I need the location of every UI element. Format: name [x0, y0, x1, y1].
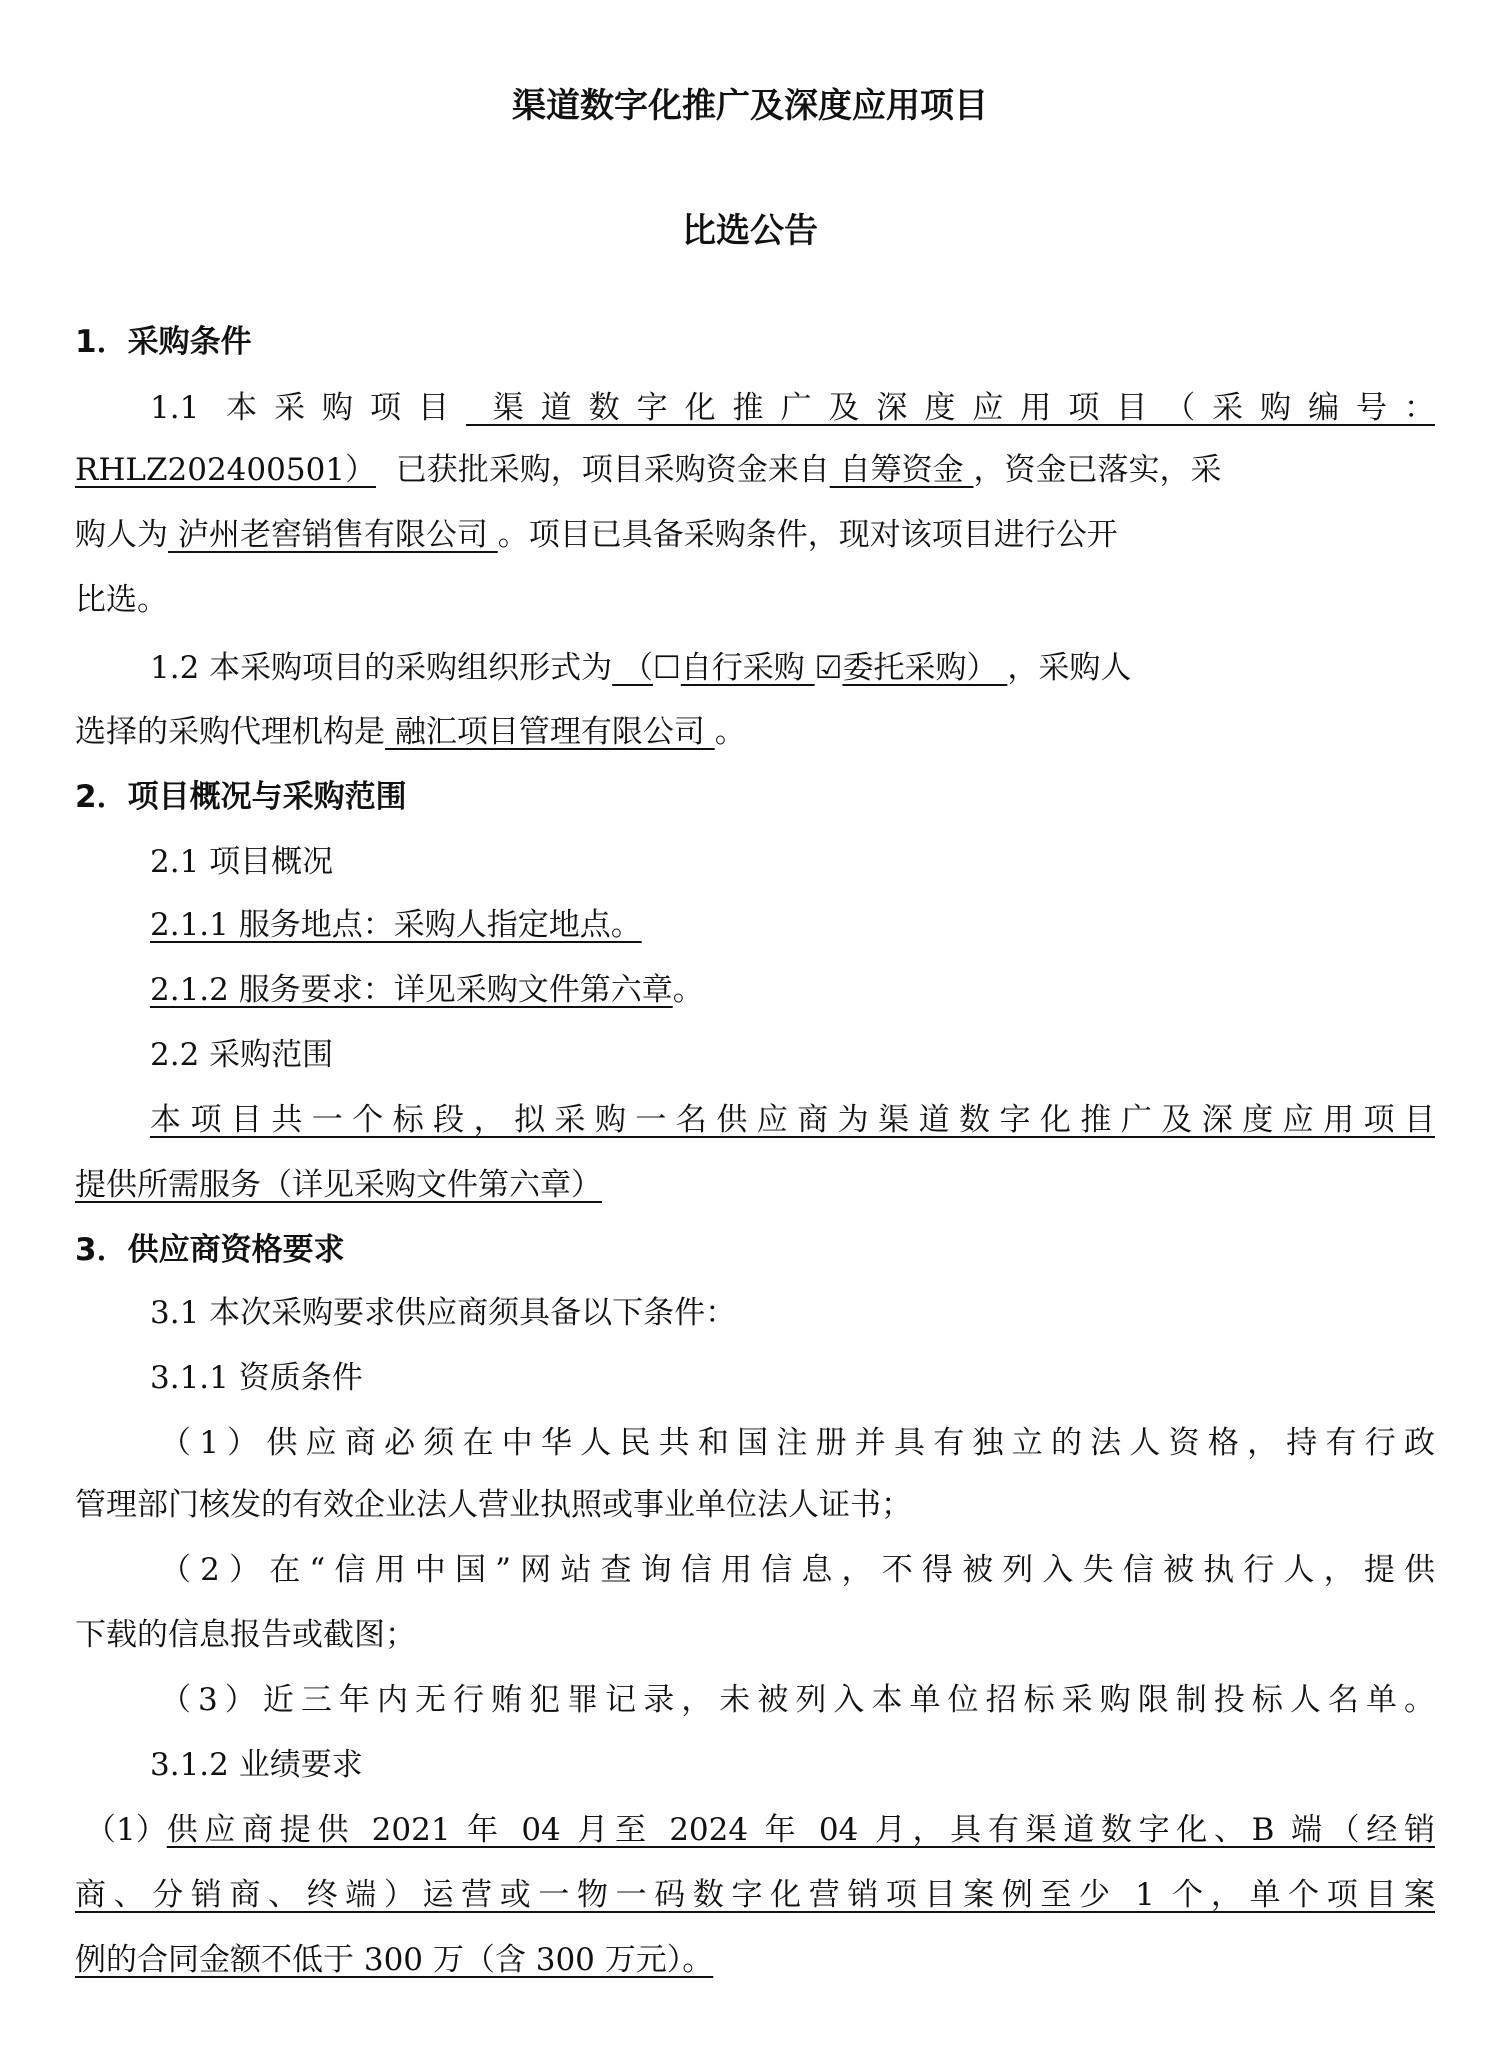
- para-text: 。: [673, 972, 704, 1008]
- para-text: ，采购人: [1007, 650, 1131, 686]
- performance-line-1: （1）供应商提供 2021 年 04 月至 2024 年 04 月，具有渠道数字…: [85, 1810, 1435, 1850]
- checkbox-checked-icon: ☑: [815, 648, 843, 688]
- service-location: 2.1.1 服务地点：采购人指定地点。: [150, 907, 642, 943]
- para-text: 选择的采购代理机构是: [75, 714, 385, 750]
- para-text: （: [612, 650, 653, 686]
- scope-line-1: 本项目共一个标段，拟采购一名供应商为渠道数字化推广及深度应用项目: [150, 1100, 1435, 1140]
- subsection-2-1: 2.1 项目概况: [150, 842, 1435, 882]
- subsection-3-1: 3.1 本次采购要求供应商须具备以下条件：: [150, 1293, 1435, 1333]
- option-entrust-label: 委托采购）: [842, 650, 1007, 686]
- para-1-1-line-4: 比选。: [75, 580, 1435, 620]
- option-self-label: 自行采购: [681, 650, 815, 686]
- agency-name: 融汇项目管理有限公司: [385, 714, 715, 750]
- document-title: 渠道数字化推广及深度应用项目: [0, 78, 1500, 127]
- section-3-heading: 3．供应商资格要求: [75, 1230, 1435, 1270]
- document-subtitle: 比选公告: [0, 203, 1500, 252]
- scope-text: 提供所需服务（详见采购文件第六章）: [75, 1167, 602, 1203]
- qualification-2-line-2: 下载的信息报告或截图；: [75, 1615, 1435, 1655]
- section-1-heading: 1．采购条件: [75, 322, 1435, 362]
- para-1-1-line-2: RHLZ202400501） 已获批采购，项目采购资金来自 自筹资金 ，资金已落…: [75, 450, 1435, 490]
- procurement-code: RHLZ202400501）: [75, 452, 376, 488]
- qualification-1-line-1: （1）供应商必须在中华人民共和国注册并具有独立的法人资格，持有行政: [160, 1423, 1435, 1463]
- fund-source: 自筹资金: [830, 452, 974, 488]
- performance-prefix: （1）: [85, 1810, 167, 1850]
- para-text: 购人为: [75, 517, 168, 553]
- checkbox-unchecked-icon: ☐: [653, 648, 681, 688]
- performance-text: 例的合同金额不低于 300 万（含 300 万元）。: [75, 1942, 713, 1978]
- section-2-heading: 2．项目概况与采购范围: [75, 777, 1435, 817]
- item-2-1-1: 2.1.1 服务地点：采购人指定地点。: [150, 905, 1435, 945]
- para-1-1-line-1: 1.1 本采购项目 渠道数字化推广及深度应用项目（采购编号：: [150, 388, 1435, 428]
- subsection-2-2: 2.2 采购范围: [150, 1035, 1435, 1075]
- buyer-name: 泸州老窖销售有限公司: [168, 517, 498, 553]
- performance-line-2: 商、分销商、终端）运营或一物一码数字化营销项目案例至少 1 个，单个项目案: [75, 1875, 1435, 1915]
- project-name-underlined: 渠道数字化推广及深度应用项目（采购编号：: [466, 390, 1435, 426]
- procurement-form: （☐自行采购 ☑委托采购）: [612, 650, 1007, 686]
- para-text: 。: [715, 714, 746, 750]
- item-2-1-2: 2.1.2 服务要求：详见采购文件第六章。: [150, 970, 1435, 1010]
- para-text: 1.2 本采购项目的采购组织形式为: [150, 650, 612, 686]
- performance-line-3: 例的合同金额不低于 300 万（含 300 万元）。: [75, 1940, 1435, 1980]
- qualification-1-line-2: 管理部门核发的有效企业法人营业执照或事业单位法人证书；: [75, 1485, 1435, 1525]
- performance-text: 供应商提供 2021 年 04 月至 2024 年 04 月，具有渠道数字化、B…: [167, 1810, 1435, 1850]
- subsection-3-1-2: 3.1.2 业绩要求: [150, 1745, 1435, 1785]
- para-1-2-line-1: 1.2 本采购项目的采购组织形式为 （☐自行采购 ☑委托采购） ，采购人: [150, 648, 1435, 688]
- para-1-1-line-3: 购人为 泸州老窖销售有限公司 。项目已具备采购条件，现对该项目进行公开: [75, 515, 1435, 555]
- para-1-1-prefix: 1.1 本采购项目: [150, 390, 466, 426]
- service-requirement: 2.1.2 服务要求：详见采购文件第六章: [150, 972, 673, 1008]
- para-text: 已获批采购，项目采购资金来自: [396, 452, 830, 488]
- qualification-2-line-1: （2）在“信用中国”网站查询信用信息，不得被列入失信被执行人，提供: [160, 1550, 1435, 1590]
- scope-line-2: 提供所需服务（详见采购文件第六章）: [75, 1165, 1435, 1205]
- para-1-2-line-2: 选择的采购代理机构是 融汇项目管理有限公司 。: [75, 712, 1435, 752]
- para-text: ，资金已落实，采: [973, 452, 1221, 488]
- para-text: 。项目已具备采购条件，现对该项目进行公开: [498, 517, 1118, 553]
- subsection-3-1-1: 3.1.1 资质条件: [150, 1358, 1435, 1398]
- qualification-3-line-1: （3）近三年内无行贿犯罪记录，未被列入本单位招标采购限制投标人名单。: [160, 1680, 1435, 1720]
